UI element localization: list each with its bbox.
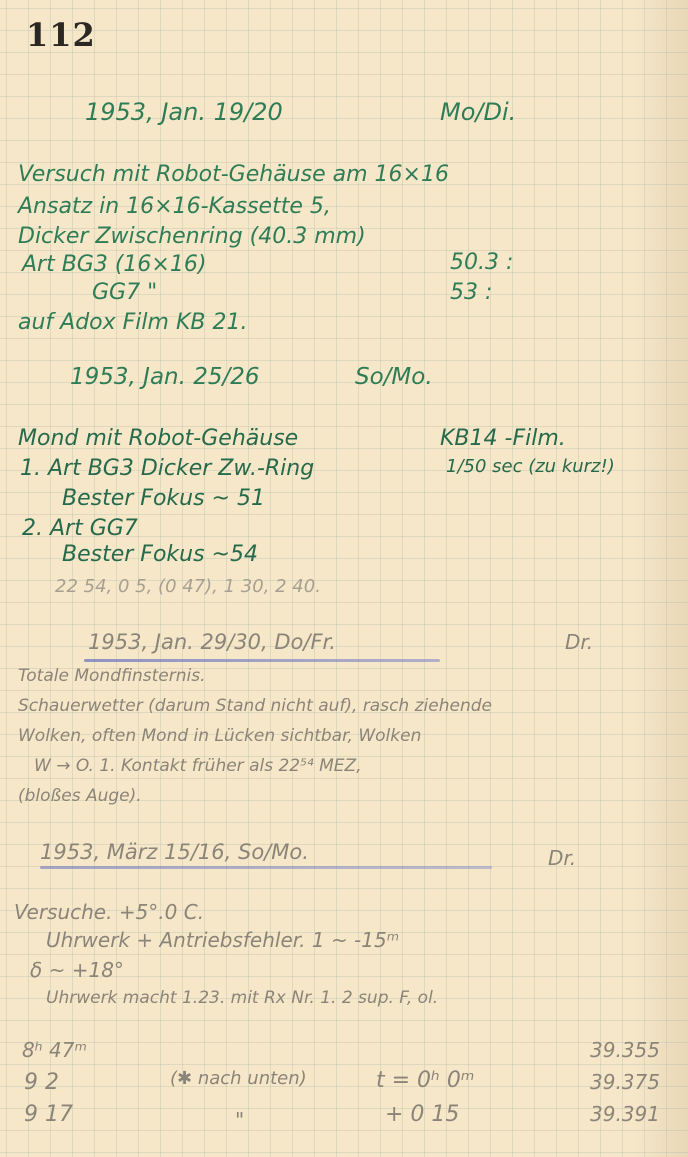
entry-4-underline	[40, 866, 492, 869]
table-row-3-t: + 0 15	[385, 1102, 459, 1127]
table-row-3-time: 9 17	[24, 1102, 73, 1127]
entry-3-line-1: Totale Mondfinsternis.	[18, 666, 205, 686]
notebook-page: 112 1953, Jan. 19/20 Mo/Di. Versuch mit …	[0, 0, 688, 1157]
table-row-2-value: 39.375	[590, 1070, 660, 1094]
table-row-2-time: 9 2	[24, 1070, 59, 1095]
entry-4-line-4: Uhrwerk macht 1.23. mit Rx Nr. 1. 2 sup.…	[46, 988, 438, 1008]
table-row-1-time: 8ʰ 47ᵐ	[22, 1038, 87, 1062]
entry-2-film: KB14 -Film.	[440, 426, 566, 451]
entry-1-date: 1953, Jan. 19/20	[85, 98, 283, 126]
entry-1-line-6: auf Adox Film KB 21.	[18, 310, 247, 335]
entry-3-observer: Dr.	[565, 630, 593, 654]
entry-4-line-1: Versuche. +5°.0 C.	[14, 900, 204, 924]
entry-2-line-5: Bester Fokus ~54	[62, 542, 258, 567]
entry-1-value-2: 53 :	[450, 280, 492, 305]
entry-3-line-3: Wolken, often Mond in Lücken sichtbar, W…	[18, 726, 421, 746]
entry-2-exposure: 1/50 sec (zu kurz!)	[446, 456, 615, 477]
entry-1-line-3: Dicker Zwischenring (40.3 mm)	[18, 224, 366, 249]
entry-3-line-2: Schauerwetter (darum Stand nicht auf), r…	[18, 696, 492, 716]
table-row-2-t: t = 0ʰ 0ᵐ	[376, 1068, 475, 1093]
table-row-1-value: 39.355	[590, 1038, 660, 1062]
entry-1-weekday: Mo/Di.	[440, 98, 516, 126]
entry-1-value-1: 50.3 :	[450, 250, 513, 275]
entry-2-line-4: 2. Art GG7	[22, 516, 138, 541]
entry-2-times: 22 54, 0 5, (0 47), 1 30, 2 40.	[55, 576, 321, 597]
entry-3-line-5: (bloßes Auge).	[18, 786, 142, 806]
entry-2-line-3: Bester Fokus ~ 51	[62, 486, 265, 511]
entry-3-line-4: W → O. 1. Kontakt früher als 22⁵⁴ MEZ,	[34, 756, 362, 776]
entry-4-line-2: Uhrwerk + Antriebsfehler. 1 ~ -15ᵐ	[46, 928, 399, 952]
entry-4-date: 1953, März 15/16, So/Mo.	[40, 840, 309, 864]
entry-1-line-5: GG7 "	[92, 280, 157, 305]
table-row-3-note: "	[235, 1108, 244, 1132]
entry-3-underline	[84, 659, 440, 662]
entry-1-line-4: Art BG3 (16×16)	[22, 252, 206, 277]
entry-2-line-1: Mond mit Robot-Gehäuse	[18, 426, 298, 451]
entry-4-observer: Dr.	[548, 846, 576, 870]
page-number: 112	[26, 16, 96, 54]
entry-2-weekday: So/Mo.	[355, 364, 433, 390]
table-row-2-note: (✱ nach unten)	[170, 1068, 307, 1089]
entry-3-date: 1953, Jan. 29/30, Do/Fr.	[88, 630, 336, 654]
entry-1-line-2: Ansatz in 16×16-Kassette 5,	[18, 194, 331, 219]
entry-2-line-2: 1. Art BG3 Dicker Zw.-Ring	[20, 456, 314, 481]
entry-1-line-1: Versuch mit Robot-Gehäuse am 16×16	[18, 162, 449, 187]
entry-2-date: 1953, Jan. 25/26	[70, 364, 260, 390]
entry-4-line-3: δ ~ +18°	[30, 958, 124, 982]
table-row-3-value: 39.391	[590, 1102, 660, 1126]
